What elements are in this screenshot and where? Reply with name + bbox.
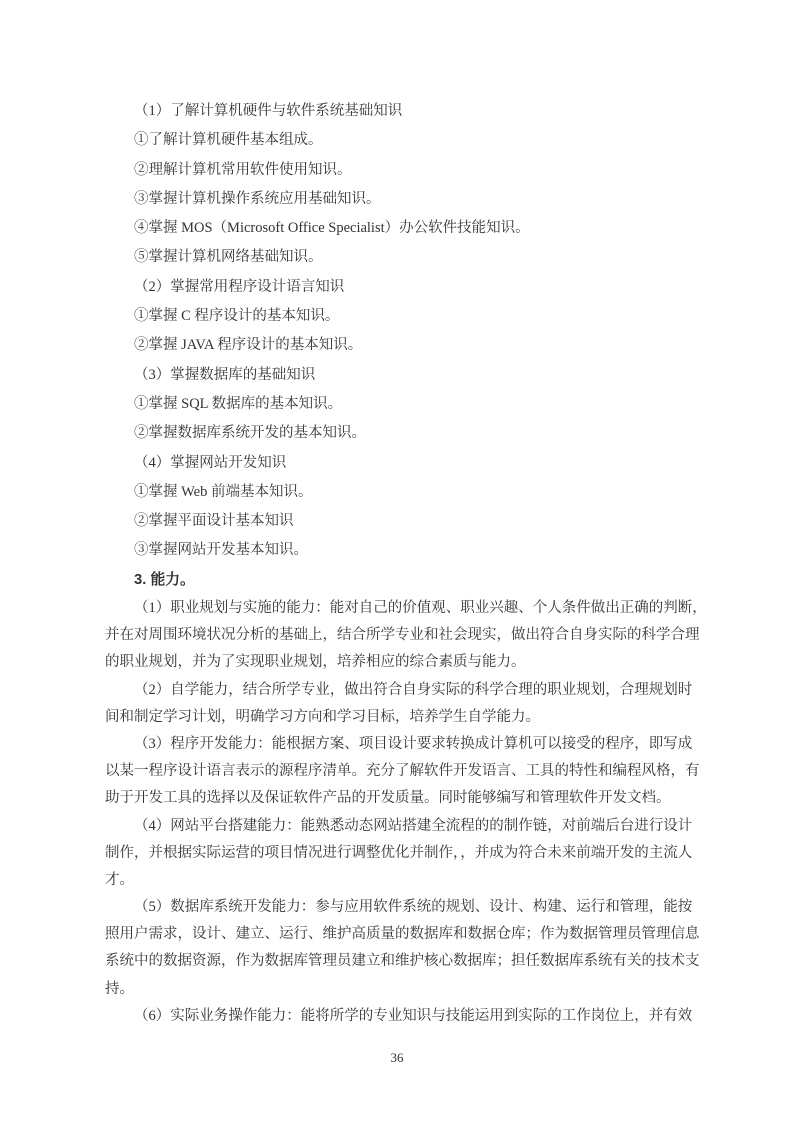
- text-line: 的职业规划，并为了实现职业规划，培养相应的综合素质与能力。: [105, 649, 725, 676]
- text-line: （2）掌握常用程序设计语言知识: [105, 273, 725, 302]
- text-line: （4）网站平台搭建能力：能熟悉动态网站搭建全流程的的制作链，对前端后台进行设计: [105, 813, 725, 840]
- text-line: ②掌握数据库系统开发的基本知识。: [105, 419, 725, 448]
- text-line: （3）程序开发能力：能根据方案、项目设计要求转换成计算机可以接受的程序，即写成: [105, 731, 725, 758]
- text-line: 以某一程序设计语言表示的源程序清单。充分了解软件开发语言、工具的特性和编程风格，…: [105, 758, 725, 785]
- text-line: ①了解计算机硬件基本组成。: [105, 126, 725, 155]
- text-line: （6）实际业务操作能力：能将所学的专业知识与技能运用到实际的工作岗位上，并有效: [105, 1003, 725, 1030]
- document-page: （1）了解计算机硬件与软件系统基础知识①了解计算机硬件基本组成。②理解计算机常用…: [0, 0, 794, 1123]
- text-line: （1）职业规划与实施的能力：能对自己的价值观、职业兴趣、个人条件做出正确的判断，: [105, 595, 725, 622]
- text-line: ③掌握计算机操作系统应用基础知识。: [105, 185, 725, 214]
- text-line: 3. 能力。: [105, 566, 725, 595]
- text-line: ②掌握平面设计基本知识: [105, 507, 725, 536]
- text-line: 持。: [105, 976, 725, 1003]
- ability-requirements-paragraphs: （1）职业规划与实施的能力：能对自己的价值观、职业兴趣、个人条件做出正确的判断，…: [105, 595, 725, 1030]
- text-line: （3）掌握数据库的基础知识: [105, 361, 725, 390]
- text-line: （5）数据库系统开发能力：参与应用软件系统的规划、设计、构建、运行和管理，能按: [105, 894, 725, 921]
- text-line: （4）掌握网站开发知识: [105, 449, 725, 478]
- text-line: 间和制定学习计划，明确学习方向和学习目标，培养学生自学能力。: [105, 704, 725, 731]
- text-line: ①掌握 SQL 数据库的基本知识。: [105, 390, 725, 419]
- text-line: ①掌握 Web 前端基本知识。: [105, 478, 725, 507]
- text-line: ⑤掌握计算机网络基础知识。: [105, 243, 725, 272]
- text-line: 并在对周围环境状况分析的基础上，结合所学专业和社会现实，做出符合自身实际的科学合…: [105, 622, 725, 649]
- text-line: ④掌握 MOS（Microsoft Office Specialist）办公软件…: [105, 214, 725, 243]
- text-line: （2）自学能力，结合所学专业，做出符合自身实际的科学合理的职业规划，合理规划时: [105, 677, 725, 704]
- text-line: ①掌握 C 程序设计的基本知识。: [105, 302, 725, 331]
- text-line: 才。: [105, 867, 725, 894]
- text-line: 制作，并根据实际运营的项目情况进行调整优化并制作，，并成为符合未来前端开发的主流…: [105, 840, 725, 867]
- text-line: ②掌握 JAVA 程序设计的基本知识。: [105, 331, 725, 360]
- text-line: 系统中的数据资源，作为数据库管理员建立和维护核心数据库；担任数据库系统有关的技术…: [105, 948, 725, 975]
- text-line: ②理解计算机常用软件使用知识。: [105, 156, 725, 185]
- page-number: 36: [0, 1049, 794, 1067]
- knowledge-requirements-list: （1）了解计算机硬件与软件系统基础知识①了解计算机硬件基本组成。②理解计算机常用…: [105, 97, 725, 595]
- text-line: （1）了解计算机硬件与软件系统基础知识: [105, 97, 725, 126]
- text-line: 照用户需求，设计、建立、运行、维护高质量的数据库和数据仓库；作为数据管理员管理信…: [105, 921, 725, 948]
- text-line: ③掌握网站开发基本知识。: [105, 536, 725, 565]
- text-line: 助于开发工具的选择以及保证软件产品的开发质量。同时能够编写和管理软件开发文档。: [105, 785, 725, 812]
